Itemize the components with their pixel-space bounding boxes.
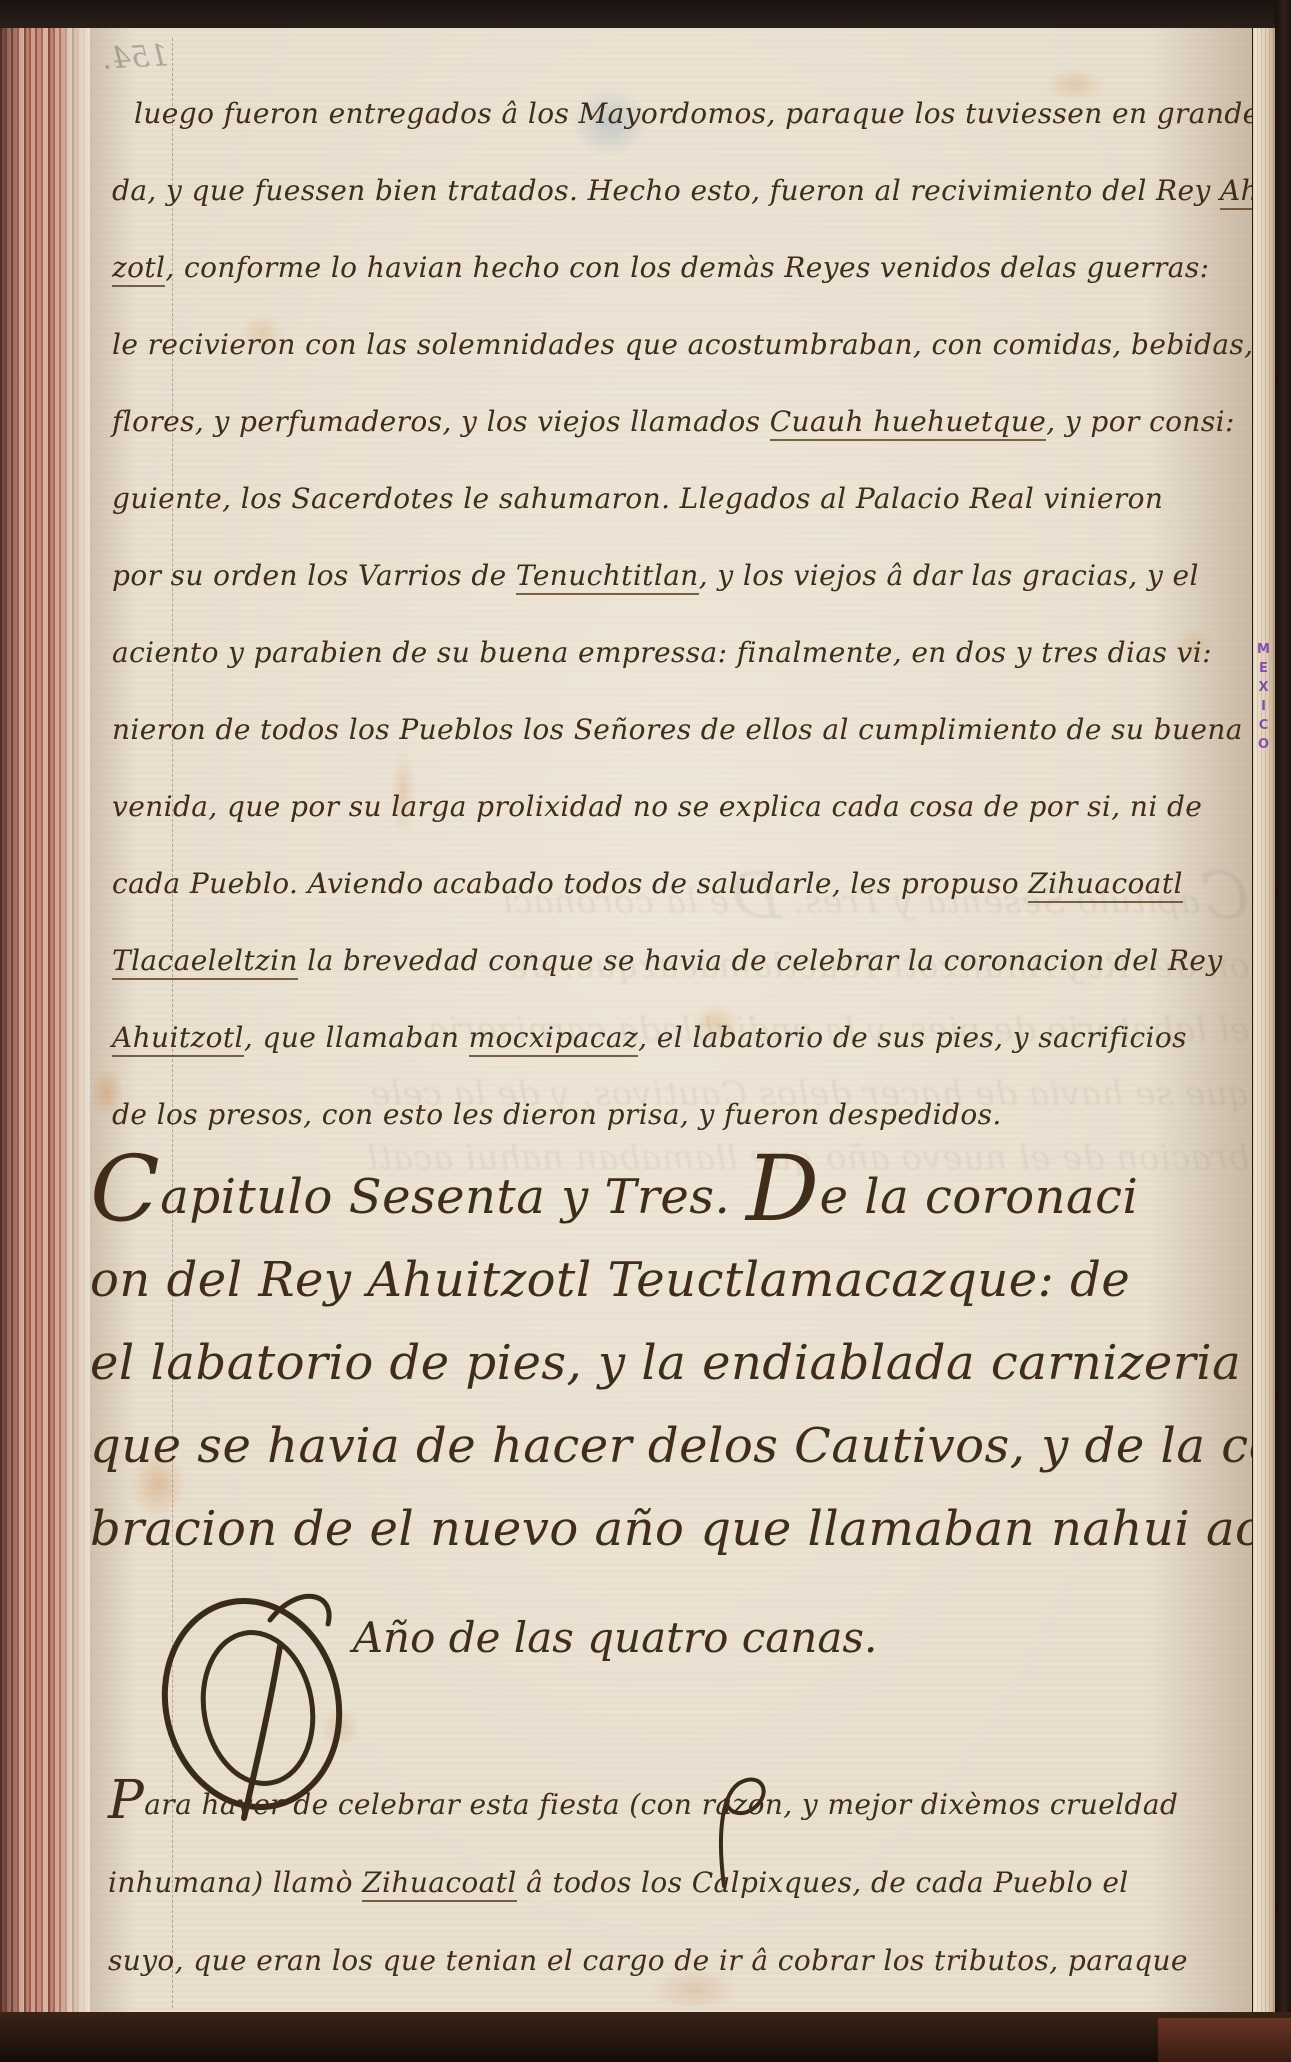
- text-segment: , conforme lo havian hecho con los demàs…: [165, 251, 1209, 284]
- manuscript-line: nieron de todos los Pueblos los Señores …: [112, 691, 1247, 768]
- text-segment: ara haver de celebrar esta fiesta (con r…: [144, 1788, 1178, 1821]
- text-segment: e la coronaci: [820, 1169, 1139, 1225]
- book-cover-bottom-edge: [0, 2012, 1291, 2062]
- closing-paragraph: Para haver de celebrar esta fiesta (con …: [108, 1766, 1248, 2000]
- text-segment: guiente, los Sacerdotes le sahumaron. Ll…: [112, 482, 1163, 515]
- text-segment: flores, y perfumaderos, y los viejos lla…: [112, 405, 770, 438]
- text-segment: nieron de todos los Pueblos los Señores …: [112, 713, 1243, 746]
- manuscript-line: que se havia de hacer delos Cautivos, y …: [90, 1405, 1250, 1488]
- text-segment: D: [746, 1135, 820, 1242]
- manuscript-line: cada Pueblo. Aviendo acabado todos de sa…: [112, 845, 1247, 922]
- text-segment: venida, que por su larga prolixidad no s…: [112, 790, 1202, 823]
- text-segment: aciento y parabien de su buena empressa:…: [112, 636, 1212, 669]
- body-paragraph: luego fueron entregados â los Mayordomos…: [112, 75, 1247, 1153]
- manuscript-line: guiente, los Sacerdotes le sahumaron. Ll…: [112, 460, 1247, 537]
- text-segment: mocxipacaz: [469, 1021, 639, 1057]
- manuscript-line: aciento y parabien de su buena empressa:…: [112, 614, 1247, 691]
- text-segment: que se havia de hacer delos Cautivos, y …: [90, 1418, 1252, 1474]
- text-segment: le recivieron con las solemnidades que a…: [112, 328, 1252, 361]
- text-segment: , y los viejos â dar las gracias, y el: [699, 559, 1199, 592]
- text-segment: luego fueron entregados â los Mayordomos…: [134, 97, 1252, 130]
- text-segment: bracion de el nuevo año que llamaban nah…: [90, 1501, 1252, 1557]
- manuscript-page: { "manuscript": { "page_number_showthrou…: [0, 0, 1291, 2062]
- manuscript-line: inhumana) llamò Zihuacoatl â todos los C…: [108, 1844, 1248, 1922]
- book-cover-top-edge: [0, 0, 1291, 30]
- text-segment: â todos los Calpixques, de cada Pueblo e…: [517, 1866, 1129, 1899]
- text-segment: on del Rey Ahuitzotl Teuctlamacazque: de: [90, 1252, 1130, 1308]
- page-gap-shadow: [1246, 28, 1253, 2016]
- text-segment: Ahuitzotl: [112, 1021, 244, 1057]
- manuscript-line: le recivieron con las solemnidades que a…: [112, 306, 1247, 383]
- book-cover-right-edge: [1275, 0, 1291, 2062]
- text-segment: , que llamaban: [244, 1021, 469, 1054]
- text-segment: cada Pueblo. Aviendo acabado todos de sa…: [112, 867, 1028, 900]
- page-number-showthrough: 154.: [101, 38, 170, 76]
- manuscript-line: flores, y perfumaderos, y los viejos lla…: [112, 383, 1247, 460]
- text-segment: Tlacaeleltzin: [112, 944, 298, 980]
- text-segment: , el labatorio de sus pies, y sacrificio…: [638, 1021, 1187, 1054]
- manuscript-paper: 154. Capitulo Sesenta y Tres. De la coro…: [90, 28, 1252, 2016]
- text-segment: por su orden los Varrios de: [112, 559, 516, 592]
- manuscript-line: zotl, conforme lo havian hecho con los d…: [112, 229, 1247, 306]
- manuscript-line: Capitulo Sesenta y Tres. De la coronaci: [90, 1156, 1250, 1239]
- book-cover-bottom-corner: [1158, 2018, 1291, 2062]
- text-segment: la brevedad conque se havia de celebrar …: [298, 944, 1223, 977]
- text-segment: zotl: [112, 251, 165, 287]
- manuscript-line: bracion de el nuevo año que llamaban nah…: [90, 1488, 1250, 1571]
- text-segment: el labatorio de pies, y la endiablada ca…: [90, 1335, 1241, 1391]
- text-segment: Zihuacoatl: [362, 1866, 517, 1902]
- text-segment: de los presos, con esto les dieron prisa…: [112, 1098, 1002, 1131]
- text-segment: Tenuchtitlan: [516, 559, 699, 595]
- manuscript-line: venida, que por su larga prolixidad no s…: [112, 768, 1247, 845]
- text-segment: C: [90, 1135, 160, 1242]
- text-segment: suyo, que eran los que tenian el cargo d…: [108, 1944, 1188, 1977]
- manuscript-line: Ahuitzotl, que llamaban mocxipacaz, el l…: [112, 999, 1247, 1076]
- manuscript-line: Para haver de celebrar esta fiesta (con …: [108, 1766, 1248, 1844]
- text-segment: Cuauh huehuetque: [770, 405, 1047, 441]
- manuscript-line: suyo, que eran los que tenian el cargo d…: [108, 1922, 1248, 2000]
- text-segment: , y por consi:: [1046, 405, 1235, 438]
- manuscript-line: da, y que fuessen bien tratados. Hecho e…: [112, 152, 1247, 229]
- manuscript-line: por su orden los Varrios de Tenuchtitlan…: [112, 537, 1247, 614]
- text-segment: P: [108, 1769, 144, 1831]
- manuscript-line: on del Rey Ahuitzotl Teuctlamacazque: de: [90, 1239, 1250, 1322]
- text-segment: Zihuacoatl: [1028, 867, 1183, 903]
- manuscript-line: Tlacaeleltzin la brevedad conque se havi…: [112, 922, 1247, 999]
- text-segment: inhumana) llamò: [108, 1866, 362, 1899]
- chapter-heading: Capitulo Sesenta y Tres. De la coronacio…: [90, 1156, 1250, 1571]
- page-edges-gutter: [0, 28, 92, 2018]
- library-stamp: MEXICO: [1256, 642, 1271, 852]
- text-segment: da, y que fuessen bien tratados. Hecho e…: [112, 174, 1220, 207]
- fore-edge-pages: [1253, 28, 1275, 2016]
- text-segment: apitulo Sesenta y Tres.: [160, 1169, 746, 1225]
- manuscript-line: el labatorio de pies, y la endiablada ca…: [90, 1322, 1250, 1405]
- manuscript-line: de los presos, con esto les dieron prisa…: [112, 1076, 1247, 1153]
- manuscript-line: luego fueron entregados â los Mayordomos…: [112, 75, 1247, 152]
